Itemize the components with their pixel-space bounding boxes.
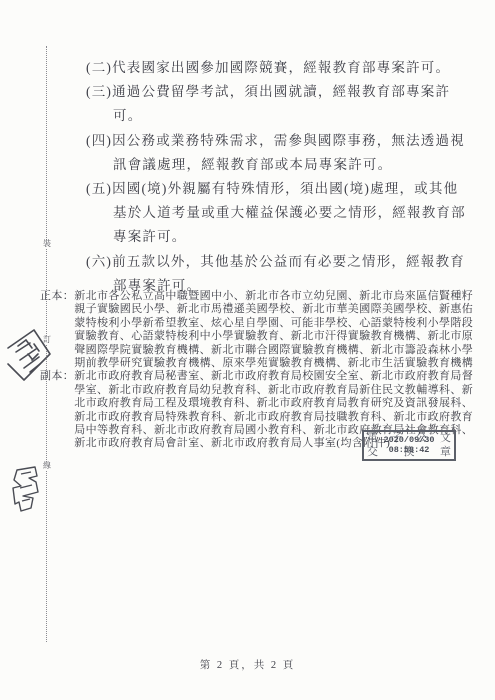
body-line: (三)通過公費留學考試，須出國就讀，經報教育部專案許	[86, 80, 458, 104]
copy-label: 副本：	[40, 370, 74, 383]
recipient-line: 新北市政府教育局特殊教育科、新北市政府教育局技職教育科、新北市政府教育	[74, 411, 473, 424]
recipient-line: 新北市各公私立高中職暨國中小、新北市各市立幼兒園、新北市烏來區信賢種籽	[74, 290, 473, 303]
recipient-line: 聲國際學院實驗教育機構、新北市聯合國際實驗教育機構、新北市籌設森林小學	[74, 344, 473, 357]
body-line: (五)因國(境)外親屬有特殊情形，須出國(境)處理，或其他	[86, 177, 458, 201]
recipients-block: 正本： 新北市各公私立高中職暨國中小、新北市各市立幼兒園、新北市烏來區信賢種籽親…	[40, 290, 460, 451]
binding-mark-zhuang: 裝	[41, 240, 53, 248]
stamp-datetime: 2020/09/30 08:58:42	[364, 432, 454, 459]
recipient-line: 親子實驗國民小學、新北市馬禮遜美國學校、新北市華美國際美國學校、新惠佑	[74, 303, 473, 316]
body-line: 基於人道考量或重大權益保護必要之情形，經報教育部	[86, 201, 458, 225]
original-recipients-row: 正本： 新北市各公私立高中職暨國中小、新北市各市立幼兒園、新北市烏來區信賢種籽親…	[40, 290, 460, 370]
receipt-stamp-mark-icon	[9, 464, 43, 521]
body-line: 專案許可。	[86, 225, 458, 249]
recipient-line: 實驗教育、心語蒙特梭利中小學實驗教育、新北市汗得實驗教育機構、新北市原	[74, 330, 473, 343]
body-line: (四)因公務或業務特殊需求，需參與國際事務，無法透過視	[86, 129, 458, 153]
recipient-line: 蒙特梭利小學新希望教室、炫心星自學園、可能非學校、心語蒙特梭利小學階段	[74, 317, 473, 330]
electronic-exchange-stamp: 電子公文 交換章 2020/09/30 08:58:42	[362, 430, 456, 461]
body-line: 訊會議處理，經報教育部或本局專案許可。	[86, 153, 458, 177]
body-line: 可。	[86, 104, 458, 128]
body-line: (六)前五款以外，其他基於公益而有必要之情形，經報教育	[86, 250, 458, 274]
recipient-line: 新北市政府教育局秘書室、新北市政府教育局校園安全室、新北市政府教育局督	[74, 370, 473, 383]
document-page: 裝 訂 線 (二)代表國家出國參加國際競賽，經報教育部專案許可。(三)通過公費留…	[0, 0, 495, 700]
original-label: 正本：	[40, 290, 74, 303]
stamp-time: 08:58:42	[389, 446, 430, 456]
body-list: (二)代表國家出國參加國際競賽，經報教育部專案許可。(三)通過公費留學考試，須出…	[86, 56, 458, 298]
original-recipient-lines: 新北市各公私立高中職暨國中小、新北市各市立幼兒園、新北市烏來區信賢種籽親子實驗國…	[74, 290, 473, 370]
recipient-line: 學室、新北市政府教育局幼兒教育科、新北市政府教育局新住民文教輔導科、新	[74, 384, 473, 397]
recipient-line: 北市政府教育局工程及環境教育科、新北市政府教育局教育研究及資訊發展科、	[74, 397, 473, 410]
recipient-line: 期前教學研究實驗教育機構、原來學苑實驗教育機構、新北市生活實驗教育機構	[74, 357, 473, 370]
page-number-footer: 第 2 頁，共 2 頁	[0, 657, 495, 672]
body-line: (二)代表國家出國參加國際競賽，經報教育部專案許可。	[86, 56, 458, 80]
